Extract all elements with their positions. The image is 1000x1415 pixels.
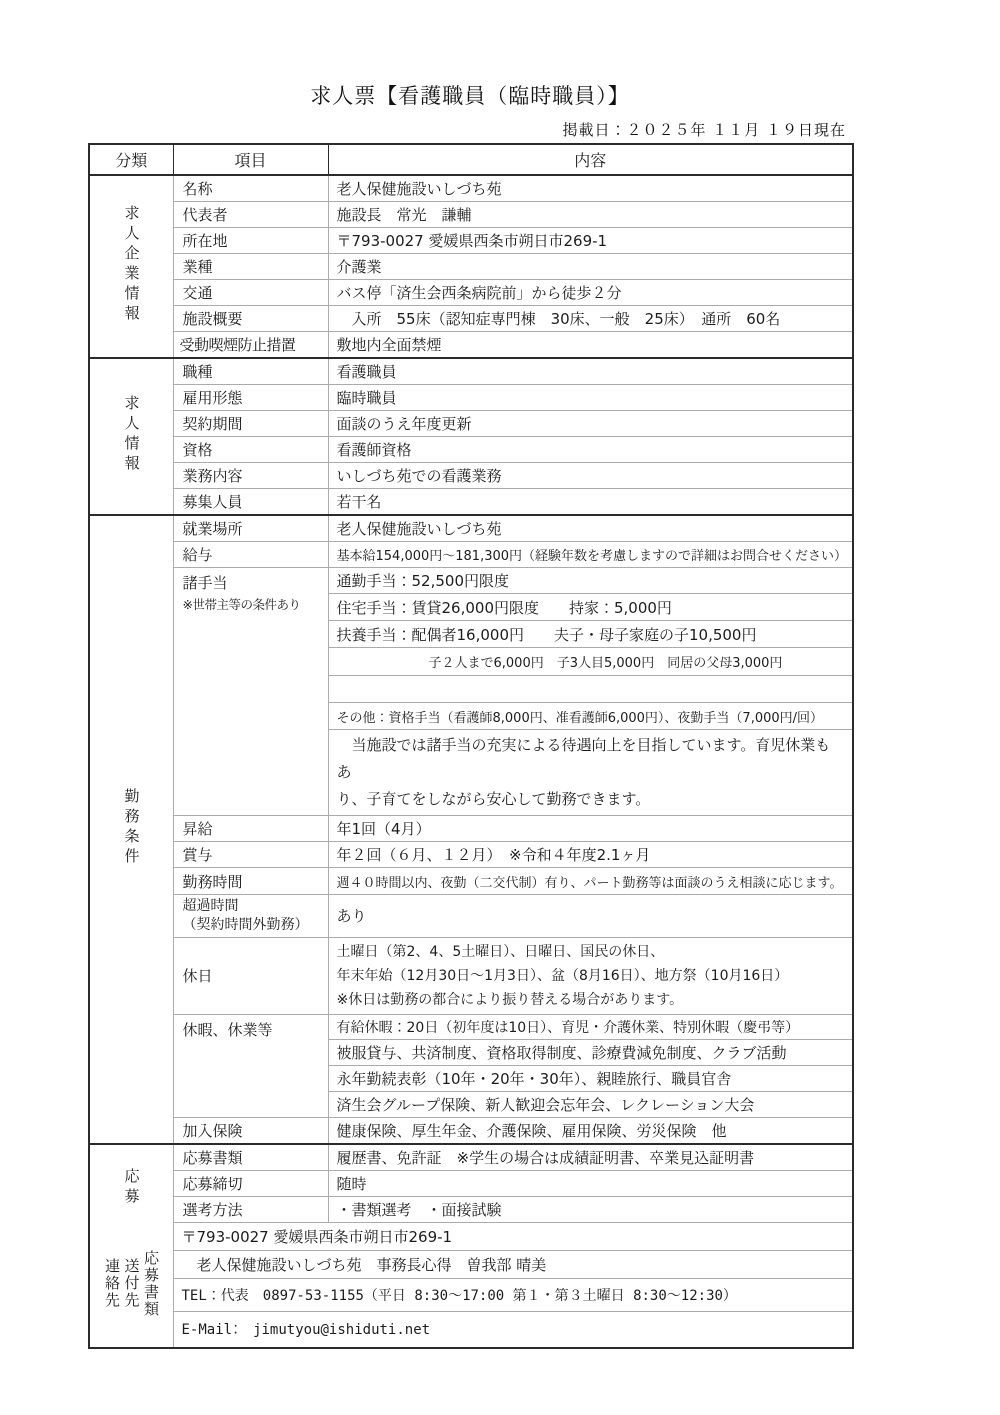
- item-label: 受動喫煙防止措置: [173, 332, 328, 359]
- table-row: 昇給 年1回（4月）: [89, 816, 853, 842]
- allowance-spacer-cell: [328, 676, 853, 703]
- item-label: 昇給: [173, 816, 328, 842]
- leave-row: 永年勤続表彰（10年・20年・30年）、親睦旅行、職員官舎: [328, 1066, 853, 1092]
- table-row: 雇用形態 臨時職員: [89, 385, 853, 411]
- item-value: 老人保健施設いしづち苑: [328, 175, 853, 202]
- item-value: 敷地内全面禁煙: [328, 332, 853, 359]
- contact-phone: TEL：代表 0897-53-1155（平日 8:30～17:00 第１・第３土…: [173, 1279, 853, 1312]
- contact-address: 〒793-0027 愛媛県西条市朔日市269-1: [173, 1223, 853, 1251]
- item-label: 加入保険: [173, 1118, 328, 1145]
- item-value: 週４０時間以内、夜勤（二交代制）有り、パート勤務等は面談のうえ相談に応じます。: [328, 868, 853, 895]
- contact-person: 老人保健施設いしづち苑 事務長心得 曽我部 晴美: [173, 1251, 853, 1279]
- item-value: 年２回（６月、１２月） ※令和４年度2.1ヶ月: [328, 842, 853, 868]
- item-label: 応募締切: [173, 1171, 328, 1197]
- leave-row: 被服貸与、共済制度、資格取得制度、診療費減免制度、クラブ活動: [328, 1040, 853, 1066]
- item-label: 休日: [173, 937, 328, 1014]
- table-row: 給与 基本給154,000円～181,300円（経験年数を考慮しますので詳細はお…: [89, 542, 853, 568]
- publish-date: 掲載日：２０２５年 １１月 １９日現在: [562, 119, 846, 140]
- table-row: 選考方法 ・書類選考 ・面接試験: [89, 1197, 853, 1223]
- item-value: 看護師資格: [328, 437, 853, 463]
- section-label-job: 求人情報: [89, 358, 173, 515]
- item-label: 賞与: [173, 842, 328, 868]
- table-row: 応募 連絡先 送付先 応募書類 応募書類 履歴書、免許証 ※学生の場合は成績証明…: [89, 1144, 853, 1171]
- table-row: 業務内容 いしづち苑での看護業務: [89, 463, 853, 489]
- contact-label-docs: 応募書類: [143, 1250, 160, 1318]
- table-row: 超過時間 （契約時間外勤務） あり: [89, 895, 853, 938]
- leave-row: 済生会グループ保険、新人歓迎会忘年会、レクレーション大会: [328, 1092, 853, 1118]
- table-row: 業種 介護業: [89, 254, 853, 280]
- section-label-work: 勤務条件: [89, 515, 173, 1144]
- allowance-dependent-sub: 子２人まで6,000円 子3人目5,000円 同居の父母3,000円: [328, 648, 853, 676]
- item-value: 入所 55床（認知症専門棟 30床、一般 25床） 通所 60名: [328, 306, 853, 332]
- item-value: 介護業: [328, 254, 853, 280]
- section-label-text: 求人情報: [123, 395, 140, 475]
- allowance-other: その他：資格手当（看護師8,000円、准看護師6,000円）、夜勤手当（7,00…: [328, 703, 853, 730]
- item-value: 履歴書、免許証 ※学生の場合は成績証明書、卒業見込証明書: [328, 1144, 853, 1171]
- table-row: 〒793-0027 愛媛県西条市朔日市269-1: [89, 1223, 853, 1251]
- item-label: 応募書類: [173, 1144, 328, 1171]
- document-page: 求人票【看護職員（臨時職員）】 掲載日：２０２５年 １１月 １９日現在 分類 項…: [0, 0, 1000, 1415]
- item-label: 募集人員: [173, 489, 328, 516]
- item-value: バス停「済生会西条病院前」から徒歩２分: [328, 280, 853, 306]
- item-value: いしづち苑での看護業務: [328, 463, 853, 489]
- item-label: 業種: [173, 254, 328, 280]
- leave-row: 有給休暇：20日（初年度は10日）、育児・介護休業、特別休暇（慶弔等）: [328, 1015, 853, 1040]
- table-row: 契約期間 面談のうえ年度更新: [89, 411, 853, 437]
- item-label: 契約期間: [173, 411, 328, 437]
- table-row: E-Mail： jimutyou@ishiduti.net: [89, 1312, 853, 1348]
- item-value: 老人保健施設いしづち苑: [328, 515, 853, 542]
- item-label: 給与: [173, 542, 328, 568]
- allowance-commute: 通勤手当：52,500円限度: [328, 568, 853, 594]
- item-label: 選考方法: [173, 1197, 328, 1223]
- item-value: 面談のうえ年度更新: [328, 411, 853, 437]
- table-row: 施設概要 入所 55床（認知症専門棟 30床、一般 25床） 通所 60名: [89, 306, 853, 332]
- apply-label: 応募: [123, 1168, 140, 1208]
- doc-title: 求人票【看護職員（臨時職員）】: [88, 80, 852, 110]
- item-value: 基本給154,000円～181,300円（経験年数を考慮しますので詳細はお問合せ…: [328, 542, 853, 568]
- table-row: 休暇、休業等 有給休暇：20日（初年度は10日）、育児・介護休業、特別休暇（慶弔…: [89, 1015, 853, 1040]
- contact-label-group: 連絡先 送付先 応募書類: [104, 1250, 160, 1318]
- allowance-dependent: 扶養手当：配偶者16,000円 夫子・母子家庭の子10,500円: [328, 621, 853, 648]
- item-value: あり: [328, 895, 853, 938]
- item-label: 名称: [173, 175, 328, 202]
- allowance-housing: 住宅手当：賃貸26,000円限度 持家：5,000円: [328, 594, 853, 621]
- item-value: 随時: [328, 1171, 853, 1197]
- table-row: 求人企業情報 名称 老人保健施設いしづち苑: [89, 175, 853, 202]
- table-row: 求人情報 職種 看護職員: [89, 358, 853, 385]
- allowance-paragraph: 当施設では諸手当の充実による待遇向上を目指しています。育児休業もあ り、子育てを…: [328, 730, 853, 816]
- table-row: 交通 バス停「済生会西条病院前」から徒歩２分: [89, 280, 853, 306]
- item-value: 看護職員: [328, 358, 853, 385]
- table-row: 受動喫煙防止措置 敷地内全面禁煙: [89, 332, 853, 359]
- table-row: 所在地 〒793-0027 愛媛県西条市朔日市269-1: [89, 228, 853, 254]
- table-row: 代表者 施設長 常光 謙輔: [89, 202, 853, 228]
- item-value: 年1回（4月）: [328, 816, 853, 842]
- table-row: 応募締切 随時: [89, 1171, 853, 1197]
- section-label-text: 勤務条件: [123, 788, 140, 868]
- item-label: 超過時間 （契約時間外勤務）: [173, 895, 328, 938]
- table-row: 勤務条件 就業場所 老人保健施設いしづち苑: [89, 515, 853, 542]
- item-label: 業務内容: [173, 463, 328, 489]
- section-label-apply: 応募 連絡先 送付先 応募書類: [89, 1144, 173, 1348]
- table-row: 募集人員 若干名: [89, 489, 853, 516]
- column-header-content: 内容: [328, 144, 853, 175]
- item-value: 健康保険、厚生年金、介護保険、雇用保険、労災保険 他: [328, 1118, 853, 1145]
- item-value: 若干名: [328, 489, 853, 516]
- item-value: ・書類選考 ・面接試験: [328, 1197, 853, 1223]
- table-row: 休日 土曜日（第2、4、5土曜日）、日曜日、国民の休日、 年末年始（12月30日…: [89, 937, 853, 1014]
- table-row: 賞与 年２回（６月、１２月） ※令和４年度2.1ヶ月: [89, 842, 853, 868]
- allowance-note: ※世帯主等の条件あり: [183, 595, 320, 613]
- contact-label-contact: 連絡先: [104, 1258, 121, 1309]
- apply-category-labels: 応募 連絡先 送付先 応募書類: [92, 1156, 171, 1336]
- table-row: 資格 看護師資格: [89, 437, 853, 463]
- item-label: 職種: [173, 358, 328, 385]
- item-label: 交通: [173, 280, 328, 306]
- item-label: 代表者: [173, 202, 328, 228]
- item-value: 土曜日（第2、4、5土曜日）、日曜日、国民の休日、 年末年始（12月30日～1月…: [328, 937, 853, 1014]
- item-label: 諸手当: [183, 572, 320, 593]
- job-posting-table: 分類 項目 内容 求人企業情報 名称 老人保健施設いしづち苑 代表者 施設長 常…: [88, 143, 854, 1349]
- item-value: 臨時職員: [328, 385, 853, 411]
- item-label: 所在地: [173, 228, 328, 254]
- table-row: 老人保健施設いしづち苑 事務長心得 曽我部 晴美: [89, 1251, 853, 1279]
- table-header-row: 分類 項目 内容: [89, 144, 853, 175]
- contact-label-send: 送付先: [123, 1258, 140, 1309]
- item-label: 施設概要: [173, 306, 328, 332]
- contact-email: E-Mail： jimutyou@ishiduti.net: [173, 1312, 853, 1348]
- table-row: 加入保険 健康保険、厚生年金、介護保険、雇用保険、労災保険 他: [89, 1118, 853, 1145]
- item-label: 雇用形態: [173, 385, 328, 411]
- allowance-label-cell: 諸手当 ※世帯主等の条件あり: [173, 568, 328, 816]
- item-label: 勤務時間: [173, 868, 328, 895]
- section-label-text: 求人企業情報: [123, 205, 140, 325]
- table-row: 諸手当 ※世帯主等の条件あり 通勤手当：52,500円限度: [89, 568, 853, 594]
- item-value: 〒793-0027 愛媛県西条市朔日市269-1: [328, 228, 853, 254]
- table-row: TEL：代表 0897-53-1155（平日 8:30～17:00 第１・第３土…: [89, 1279, 853, 1312]
- section-label-company: 求人企業情報: [89, 175, 173, 358]
- item-label: 就業場所: [173, 515, 328, 542]
- item-label: 資格: [173, 437, 328, 463]
- column-header-category: 分類: [89, 144, 173, 175]
- column-header-item: 項目: [173, 144, 328, 175]
- table-row: 勤務時間 週４０時間以内、夜勤（二交代制）有り、パート勤務等は面談のうえ相談に応…: [89, 868, 853, 895]
- item-label: 休暇、休業等: [173, 1015, 328, 1118]
- item-value: 施設長 常光 謙輔: [328, 202, 853, 228]
